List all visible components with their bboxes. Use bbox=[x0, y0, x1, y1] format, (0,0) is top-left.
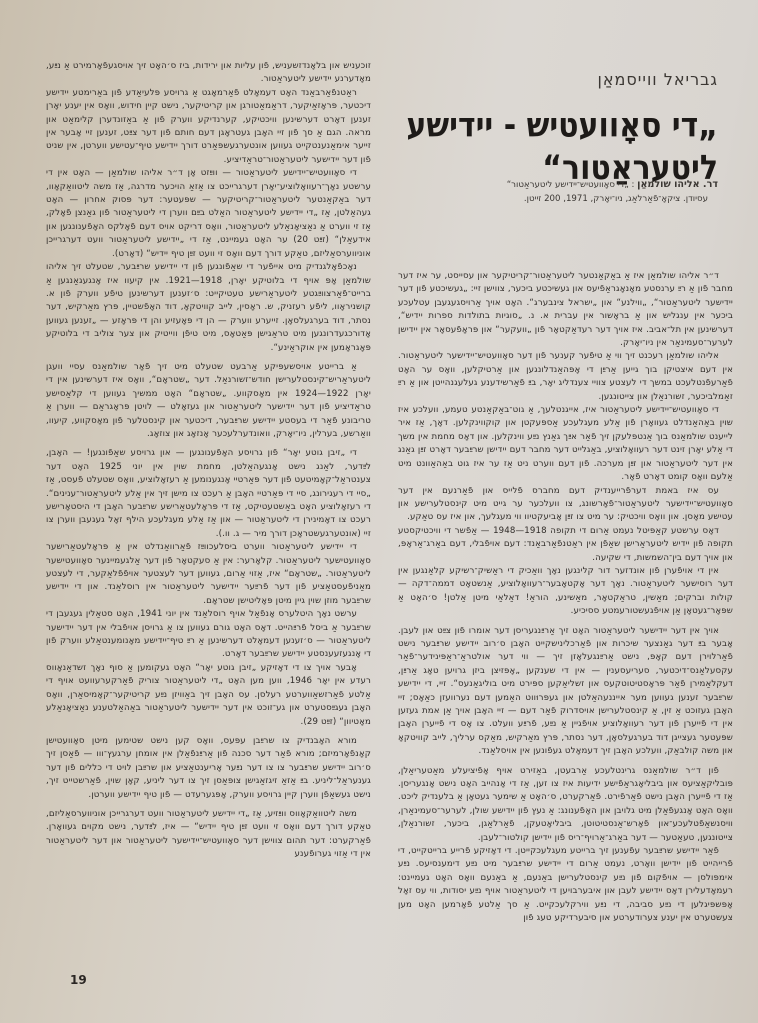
paragraph: פֿאַר יידישע שרײַבער עפֿענען זיך ברייטע … bbox=[398, 845, 733, 925]
paragraph: אויך אין דער יידישער ליטעראַטור האָט זיך… bbox=[398, 625, 733, 759]
paragraph: אליהו שולמאַן רעכנט זיך ווי אַ טיפֿער קע… bbox=[398, 350, 733, 404]
paragraph: מורא האָבנדיק צו שרײַבן עפּעס, וואָס קען… bbox=[46, 735, 371, 802]
paragraph: זוכעניש און בלאָנדזשעניש, פֿון עליות און… bbox=[46, 60, 371, 87]
paragraph: אַ ברייטע אויסשעפּיקע אַרבעט שטעלט מיט ז… bbox=[46, 361, 371, 441]
paragraph: ראַטנפֿאַרבאַנד האָט דעמאָלט פֿאַרמאָגט … bbox=[46, 87, 371, 167]
paragraph: דאָס ערשטע קאַפּיטל נעמט אַרום די תקופה … bbox=[398, 525, 733, 565]
paragraph: די סאָוועטיש־יידישע ליטעראַטור — ווײַזט … bbox=[46, 167, 371, 261]
paragraph: עס איז באמת דערפֿרייענדיק דעם מחברס פֿלי… bbox=[398, 485, 733, 525]
paragraph: אין די אויפֿערן פֿון אונדזער דור קלינגען… bbox=[398, 565, 733, 619]
left-text-column: זוכעניש און בלאָנדזשעניש, פֿון עליות און… bbox=[46, 60, 371, 862]
journal-page: גבריאל ווייסמאַן „די סאָוועטיש - יידישע … bbox=[0, 0, 758, 1023]
bibliography-line-1: דר. אליהו שולמאַן : „די סאָוועטיש־יידישע… bbox=[378, 178, 718, 192]
paragraph: משה ליטוואַקאָווס ווײַזיע, אַז „די יידיש… bbox=[46, 808, 371, 862]
paragraph: די יידישע ליטעראַטור ווערט ביסלעכווײַז פ… bbox=[46, 541, 371, 608]
paragraph: נאָכפֿאָלגנדיק מיט אייפֿער די שאַפֿונגען… bbox=[46, 261, 371, 355]
paragraph: די „זיבן גוטע יאָר“ פֿון גרויסע האָפֿענו… bbox=[46, 447, 371, 541]
paragraph: פֿון ד״ר שולמאַנס גרינטלעכע אַרבעטן, באַ… bbox=[398, 765, 733, 845]
book-bibliography: דר. אליהו שולמאַן : „די סאָוועטיש־יידישע… bbox=[378, 178, 718, 206]
publication-info: עסיודן. ציקאָ־פֿאַרלאַג, ניו־יאָרק, 1971… bbox=[378, 192, 718, 206]
page-number: 19 bbox=[70, 973, 87, 987]
paragraph: ערשט נאָך היטלערס אָנפֿאַל אויף רוסלאַנד… bbox=[46, 608, 371, 662]
right-text-column: ד״ר אליהו שולמאַן איז אַ באַקאַנטער ליטע… bbox=[398, 270, 733, 926]
book-author: דר. אליהו שולמאַן bbox=[637, 179, 718, 190]
book-title: : „די סאָוועטיש־יידישע ליטעראַטור“ bbox=[507, 180, 635, 190]
paragraph: אָבער אויך צו די דאָזיקע „זיבן גוטע יאָר… bbox=[46, 662, 371, 729]
paragraph: ד״ר אליהו שולמאַן איז אַ באַקאַנטער ליטע… bbox=[398, 270, 733, 350]
article-author: גבריאל ווייסמאַן bbox=[597, 70, 718, 89]
paragraph: די סאָוועטיש־יידישע ליטעראַטור איז, אייג… bbox=[398, 404, 733, 484]
